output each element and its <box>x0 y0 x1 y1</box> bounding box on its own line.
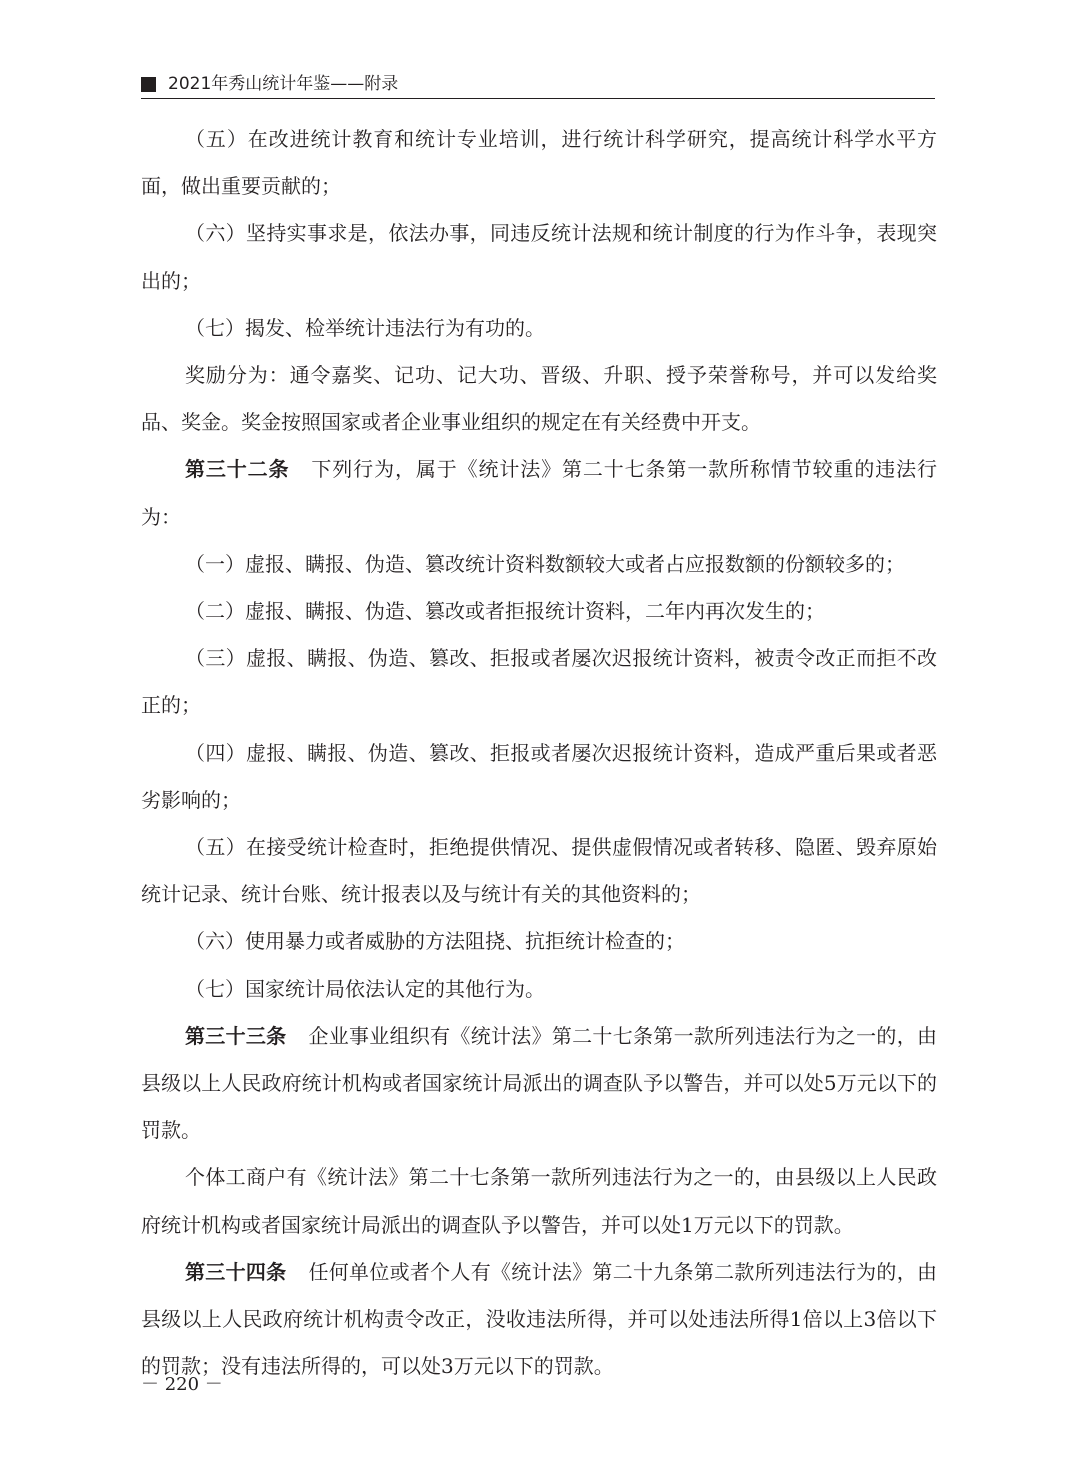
paragraph: （一）虚报、瞒报、伪造、篡改统计资料数额较大或者占应报数额的份额较多的； <box>141 541 937 588</box>
paragraph-text: （三）虚报、瞒报、伪造、篡改、拒报或者屡次迟报统计资料，被责令改正而拒不改正的； <box>141 646 937 717</box>
paragraph: 奖励分为：通令嘉奖、记功、记大功、晋级、升职、授予荣誉称号，并可以发给奖品、奖金… <box>141 352 937 446</box>
paragraph-text: （五）在改进统计教育和统计专业培训，进行统计科学研究，提高统计科学水平方面，做出… <box>141 127 937 198</box>
paragraph-text: （二）虚报、瞒报、伪造、篡改或者拒报统计资料，二年内再次发生的； <box>185 599 825 623</box>
paragraph: （二）虚报、瞒报、伪造、篡改或者拒报统计资料，二年内再次发生的； <box>141 588 937 635</box>
article-33: 第三十三条企业事业组织有《统计法》第二十七条第一款所列违法行为之一的，由县级以上… <box>141 1013 937 1155</box>
paragraph-text: 奖励分为：通令嘉奖、记功、记大功、晋级、升职、授予荣誉称号，并可以发给奖品、奖金… <box>141 363 937 434</box>
paragraph-text: 个体工商户有《统计法》第二十七条第一款所列违法行为之一的，由县级以上人民政府统计… <box>141 1165 937 1236</box>
paragraph: 个体工商户有《统计法》第二十七条第一款所列违法行为之一的，由县级以上人民政府统计… <box>141 1154 937 1248</box>
header-title: 2021年秀山统计年鉴——附录 <box>168 72 398 96</box>
paragraph-text: （一）虚报、瞒报、伪造、篡改统计资料数额较大或者占应报数额的份额较多的； <box>185 552 905 576</box>
paragraph-text: （六）坚持实事求是，依法办事，同违反统计法规和统计制度的行为作斗争，表现突出的； <box>141 221 937 292</box>
article-heading: 第三十二条 <box>185 457 289 481</box>
article-34: 第三十四条任何单位或者个人有《统计法》第二十九条第二款所列违法行为的，由县级以上… <box>141 1249 937 1391</box>
page-number: － 220 － <box>141 1372 223 1398</box>
page-body: （五）在改进统计教育和统计专业培训，进行统计科学研究，提高统计科学水平方面，做出… <box>141 116 937 1390</box>
paragraph: （六）坚持实事求是，依法办事，同违反统计法规和统计制度的行为作斗争，表现突出的； <box>141 210 937 304</box>
running-header: 2021年秀山统计年鉴——附录 <box>141 72 935 99</box>
paragraph: （五）在接受统计检查时，拒绝提供情况、提供虚假情况或者转移、隐匿、毁弃原始统计记… <box>141 824 937 918</box>
paragraph-text: （四）虚报、瞒报、伪造、篡改、拒报或者屡次迟报统计资料，造成严重后果或者恶劣影响… <box>141 741 937 812</box>
paragraph-text: （七）揭发、检举统计违法行为有功的。 <box>185 316 545 340</box>
paragraph: （五）在改进统计教育和统计专业培训，进行统计科学研究，提高统计科学水平方面，做出… <box>141 116 937 210</box>
paragraph: （七）国家统计局依法认定的其他行为。 <box>141 966 937 1013</box>
paragraph-text: （六）使用暴力或者威胁的方法阻挠、抗拒统计检查的； <box>185 929 685 953</box>
header-square-icon <box>141 77 156 92</box>
paragraph: （四）虚报、瞒报、伪造、篡改、拒报或者屡次迟报统计资料，造成严重后果或者恶劣影响… <box>141 730 937 824</box>
article-heading: 第三十四条 <box>185 1260 286 1284</box>
article-heading: 第三十三条 <box>185 1024 286 1048</box>
paragraph-text: （七）国家统计局依法认定的其他行为。 <box>185 977 545 1001</box>
paragraph: （六）使用暴力或者威胁的方法阻挠、抗拒统计检查的； <box>141 918 937 965</box>
paragraph-text: （五）在接受统计检查时，拒绝提供情况、提供虚假情况或者转移、隐匿、毁弃原始统计记… <box>141 835 937 906</box>
paragraph: （七）揭发、检举统计违法行为有功的。 <box>141 305 937 352</box>
article-32: 第三十二条下列行为，属于《统计法》第二十七条第一款所称情节较重的违法行为： <box>141 446 937 540</box>
paragraph: （三）虚报、瞒报、伪造、篡改、拒报或者屡次迟报统计资料，被责令改正而拒不改正的； <box>141 635 937 729</box>
